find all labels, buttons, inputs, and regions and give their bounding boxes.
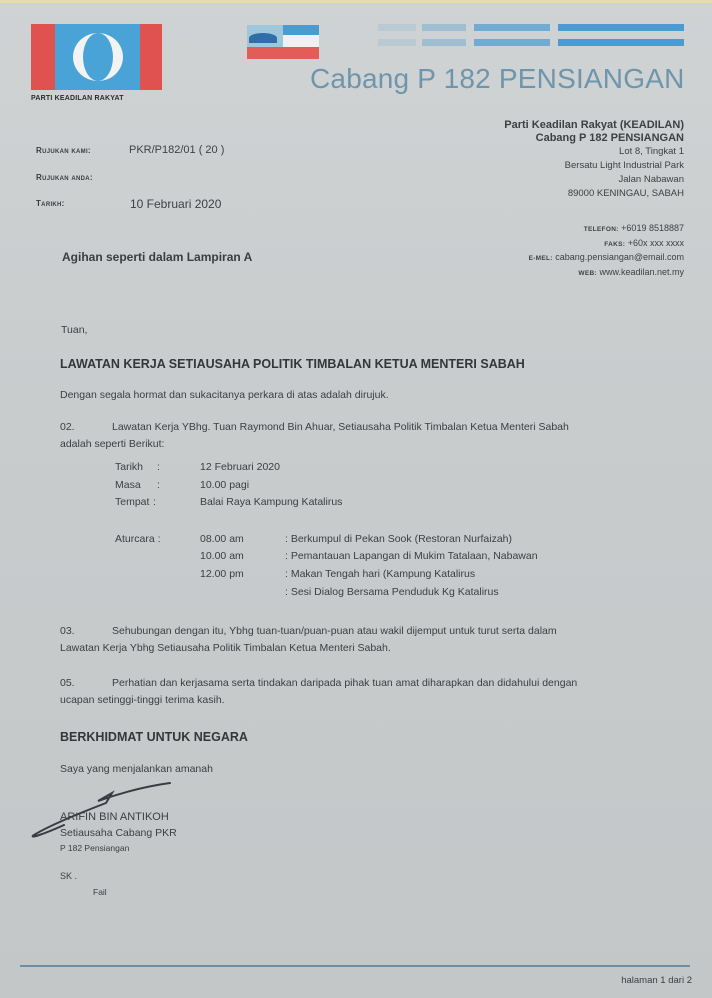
detail-sep: : (153, 496, 156, 508)
agenda-time: 08.00 am (200, 533, 244, 545)
paragraph-text: Perhatian dan kerjasama serta tindakan d… (112, 677, 577, 689)
detail-sep: : (157, 479, 160, 491)
distribution-note: Agihan seperti dalam Lampiran A (62, 250, 252, 264)
agenda-activity: : Makan Tengah hari (Kampung Katalirus (285, 568, 475, 580)
paragraph-text: Lawatan Kerja Ybhg Setiausaha Politik Ti… (60, 640, 642, 657)
detail-value: Balai Raya Kampung Katalirus (200, 496, 342, 508)
agenda-activity: : Sesi Dialog Bersama Penduduk Kg Katali… (285, 586, 499, 598)
signatory-division: P 182 Pensiangan (60, 843, 129, 853)
web-value[interactable]: www.keadilan.net.my (599, 267, 684, 277)
party-logo (31, 24, 162, 90)
closing-motto: BERKHIDMAT UNTUK NEGARA (60, 730, 248, 744)
page-number: halaman 1 dari 2 (621, 975, 692, 986)
branch-name: Cabang P 182 PENSIANGAN (504, 132, 684, 145)
detail-label: Tarikh (115, 461, 143, 473)
agenda-time: 12.00 pm (200, 568, 244, 580)
web-label: WEB: (578, 270, 597, 277)
detail-sep: : (157, 461, 160, 473)
agenda-activity: : Berkumpul di Pekan Sook (Restoran Nurf… (285, 533, 512, 545)
logo-red-bar-right (140, 24, 162, 90)
cc-label: SK . (60, 871, 77, 881)
footer-divider (20, 965, 690, 967)
phone-label: TELEFON: (584, 226, 619, 233)
fax-label: FAKS: (604, 241, 625, 248)
logo-red-bar-left (31, 24, 55, 90)
detail-label: Masa (115, 479, 141, 491)
detail-label: Tempat (115, 496, 149, 508)
header-decorative-stripes (378, 24, 684, 50)
date-value: 10 Februari 2020 (130, 197, 221, 211)
letter-subject: LAWATAN KERJA SETIAUSAHA POLITIK TIMBALA… (60, 357, 525, 371)
our-ref-label: Rujukan kami: (36, 146, 91, 155)
signatory-name: ARIFIN BIN ANTIKOH (60, 811, 169, 823)
address-line: Jalan Nabawan (504, 173, 684, 187)
agenda-activity: : Pemantauan Lapangan di Mukim Tatalaan,… (285, 550, 538, 562)
org-name: Parti Keadilan Rakyat (KEADILAN) (504, 119, 684, 132)
signatory-position: Setiausaha Cabang PKR (60, 827, 177, 839)
address-line: Bersatu Light Industrial Park (504, 159, 684, 173)
letter-page: PARTI KEADILAN RAKYAT Cabang P 182 PENSI… (0, 0, 712, 998)
sabah-flag-icon (247, 25, 319, 61)
paragraph-text: Sehubungan dengan itu, Ybhg tuan-tuan/pu… (112, 625, 557, 637)
branch-title: Cabang P 182 PENSIANGAN (310, 63, 685, 95)
fax-value: +60x xxx xxxx (628, 238, 684, 248)
paragraph-text: Lawatan Kerja YBhg. Tuan Raymond Bin Ahu… (112, 421, 569, 433)
paragraph-05: 05.Perhatian dan kerjasama serta tindaka… (60, 675, 642, 709)
date-label: Tarikh: (36, 199, 65, 208)
address-line: 89000 KENINGAU, SABAH (504, 187, 684, 201)
paragraph-number: 05. (60, 675, 112, 692)
email-value[interactable]: cabang.pensiangan@email.com (555, 252, 684, 262)
paragraph-text: ucapan setinggi-tinggi terima kasih. (60, 692, 642, 709)
agenda-label: Aturcara : (115, 533, 161, 545)
detail-value: 10.00 pagi (200, 479, 249, 491)
paragraph-text: adalah seperti Berikut: (60, 436, 642, 453)
party-logo-caption: PARTI KEADILAN RAKYAT (31, 95, 124, 102)
phone-value: +6019 8518887 (621, 223, 684, 233)
salutation: Tuan, (61, 324, 87, 336)
agenda-time: 10.00 am (200, 550, 244, 562)
contact-block: TELEFON: +6019 8518887 FAKS: +60x xxx xx… (529, 222, 684, 280)
paragraph-number: 03. (60, 623, 112, 640)
email-label: E-MEL: (529, 255, 553, 262)
our-ref-value: PKR/P182/01 ( 20 ) (129, 144, 224, 156)
detail-value: 12 Februari 2020 (200, 461, 280, 473)
address-line: Lot 8, Tingkat 1 (504, 145, 684, 159)
logo-iris (83, 33, 113, 81)
cc-item: Fail (93, 887, 107, 897)
sender-address: Parti Keadilan Rakyat (KEADILAN) Cabang … (504, 119, 684, 201)
paragraph-number: 02. (60, 419, 112, 436)
your-ref-label: Rujukan anda: (36, 173, 93, 182)
opening-line: Dengan segala hormat dan sukacitanya per… (60, 389, 389, 401)
paragraph-02: 02.Lawatan Kerja YBhg. Tuan Raymond Bin … (60, 419, 642, 453)
paragraph-03: 03.Sehubungan dengan itu, Ybhg tuan-tuan… (60, 623, 642, 657)
